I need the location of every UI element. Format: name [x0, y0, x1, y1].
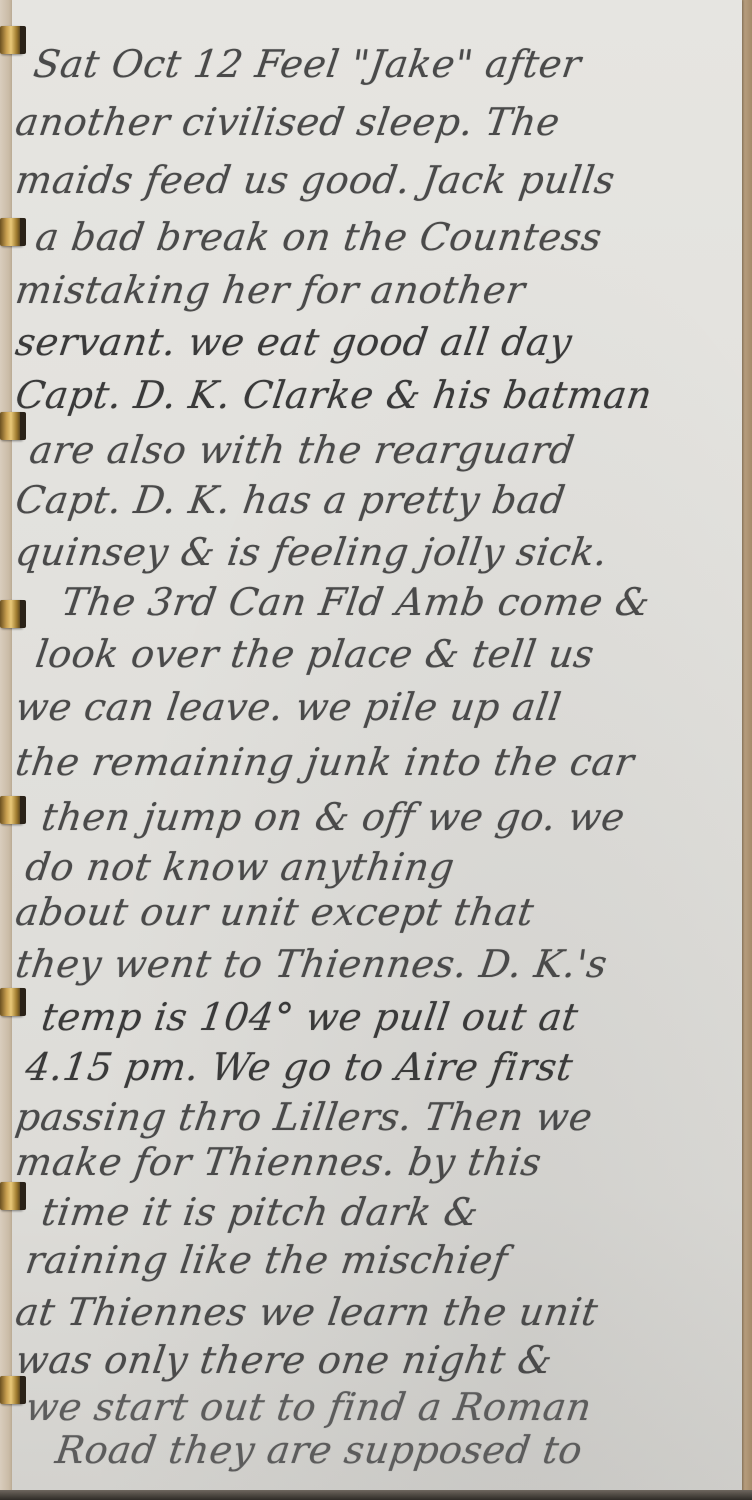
page-bottom-edge-shadow — [0, 1490, 752, 1500]
diary-line: Road they are supposed to — [53, 1428, 585, 1472]
diary-line: Capt. D. K. Clarke & his batman — [13, 373, 655, 417]
diary-line: another civilised sleep. The — [13, 100, 563, 144]
diary-line: maids feed us good. Jack pulls — [13, 158, 618, 202]
diary-line: mistaking her for another — [13, 268, 528, 312]
diary-line: at Thiennes we learn the unit — [13, 1290, 601, 1334]
diary-line: 4.15 pm. We go to Aire first — [23, 1045, 576, 1089]
diary-line: raining like the mischief — [23, 1238, 511, 1282]
diary-line: Sat Oct 12 Feel "Jake" after — [31, 42, 584, 86]
diary-line: about our unit except that — [13, 890, 537, 934]
diary-line: Capt. D. K. has a pretty bad — [13, 478, 568, 522]
diary-line: they went to Thiennes. D. K.'s — [13, 942, 610, 986]
diary-line: a bad break on the Countess — [33, 215, 605, 259]
diary-line: we can leave. we pile up all — [13, 685, 564, 729]
diary-line: are also with the rearguard — [27, 428, 578, 472]
diary-line: do not know anything — [23, 845, 457, 889]
diary-line: quinsey & is feeling jolly sick. — [13, 530, 611, 574]
diary-line: we start out to find a Roman — [23, 1385, 595, 1429]
diary-line: was only there one night & — [13, 1338, 555, 1382]
diary-line: then jump on & off we go. we — [39, 795, 628, 839]
diary-line: make for Thiennes. by this — [13, 1140, 544, 1184]
diary-line: the remaining junk into the car — [13, 740, 637, 784]
diary-line: temp is 104° we pull out at — [39, 995, 581, 1039]
diary-photo: Sat Oct 12 Feel "Jake" after another civ… — [0, 0, 752, 1500]
diary-line: The 3rd Can Fld Amb come & — [59, 580, 653, 624]
diary-line: passing thro Lillers. Then we — [13, 1095, 595, 1139]
handwritten-text: Sat Oct 12 Feel "Jake" after another civ… — [12, 0, 742, 1492]
diary-line: time it is pitch dark & — [39, 1190, 482, 1234]
diary-line: look over the place & tell us — [33, 632, 597, 676]
diary-line: servant. we eat good all day — [13, 320, 575, 364]
